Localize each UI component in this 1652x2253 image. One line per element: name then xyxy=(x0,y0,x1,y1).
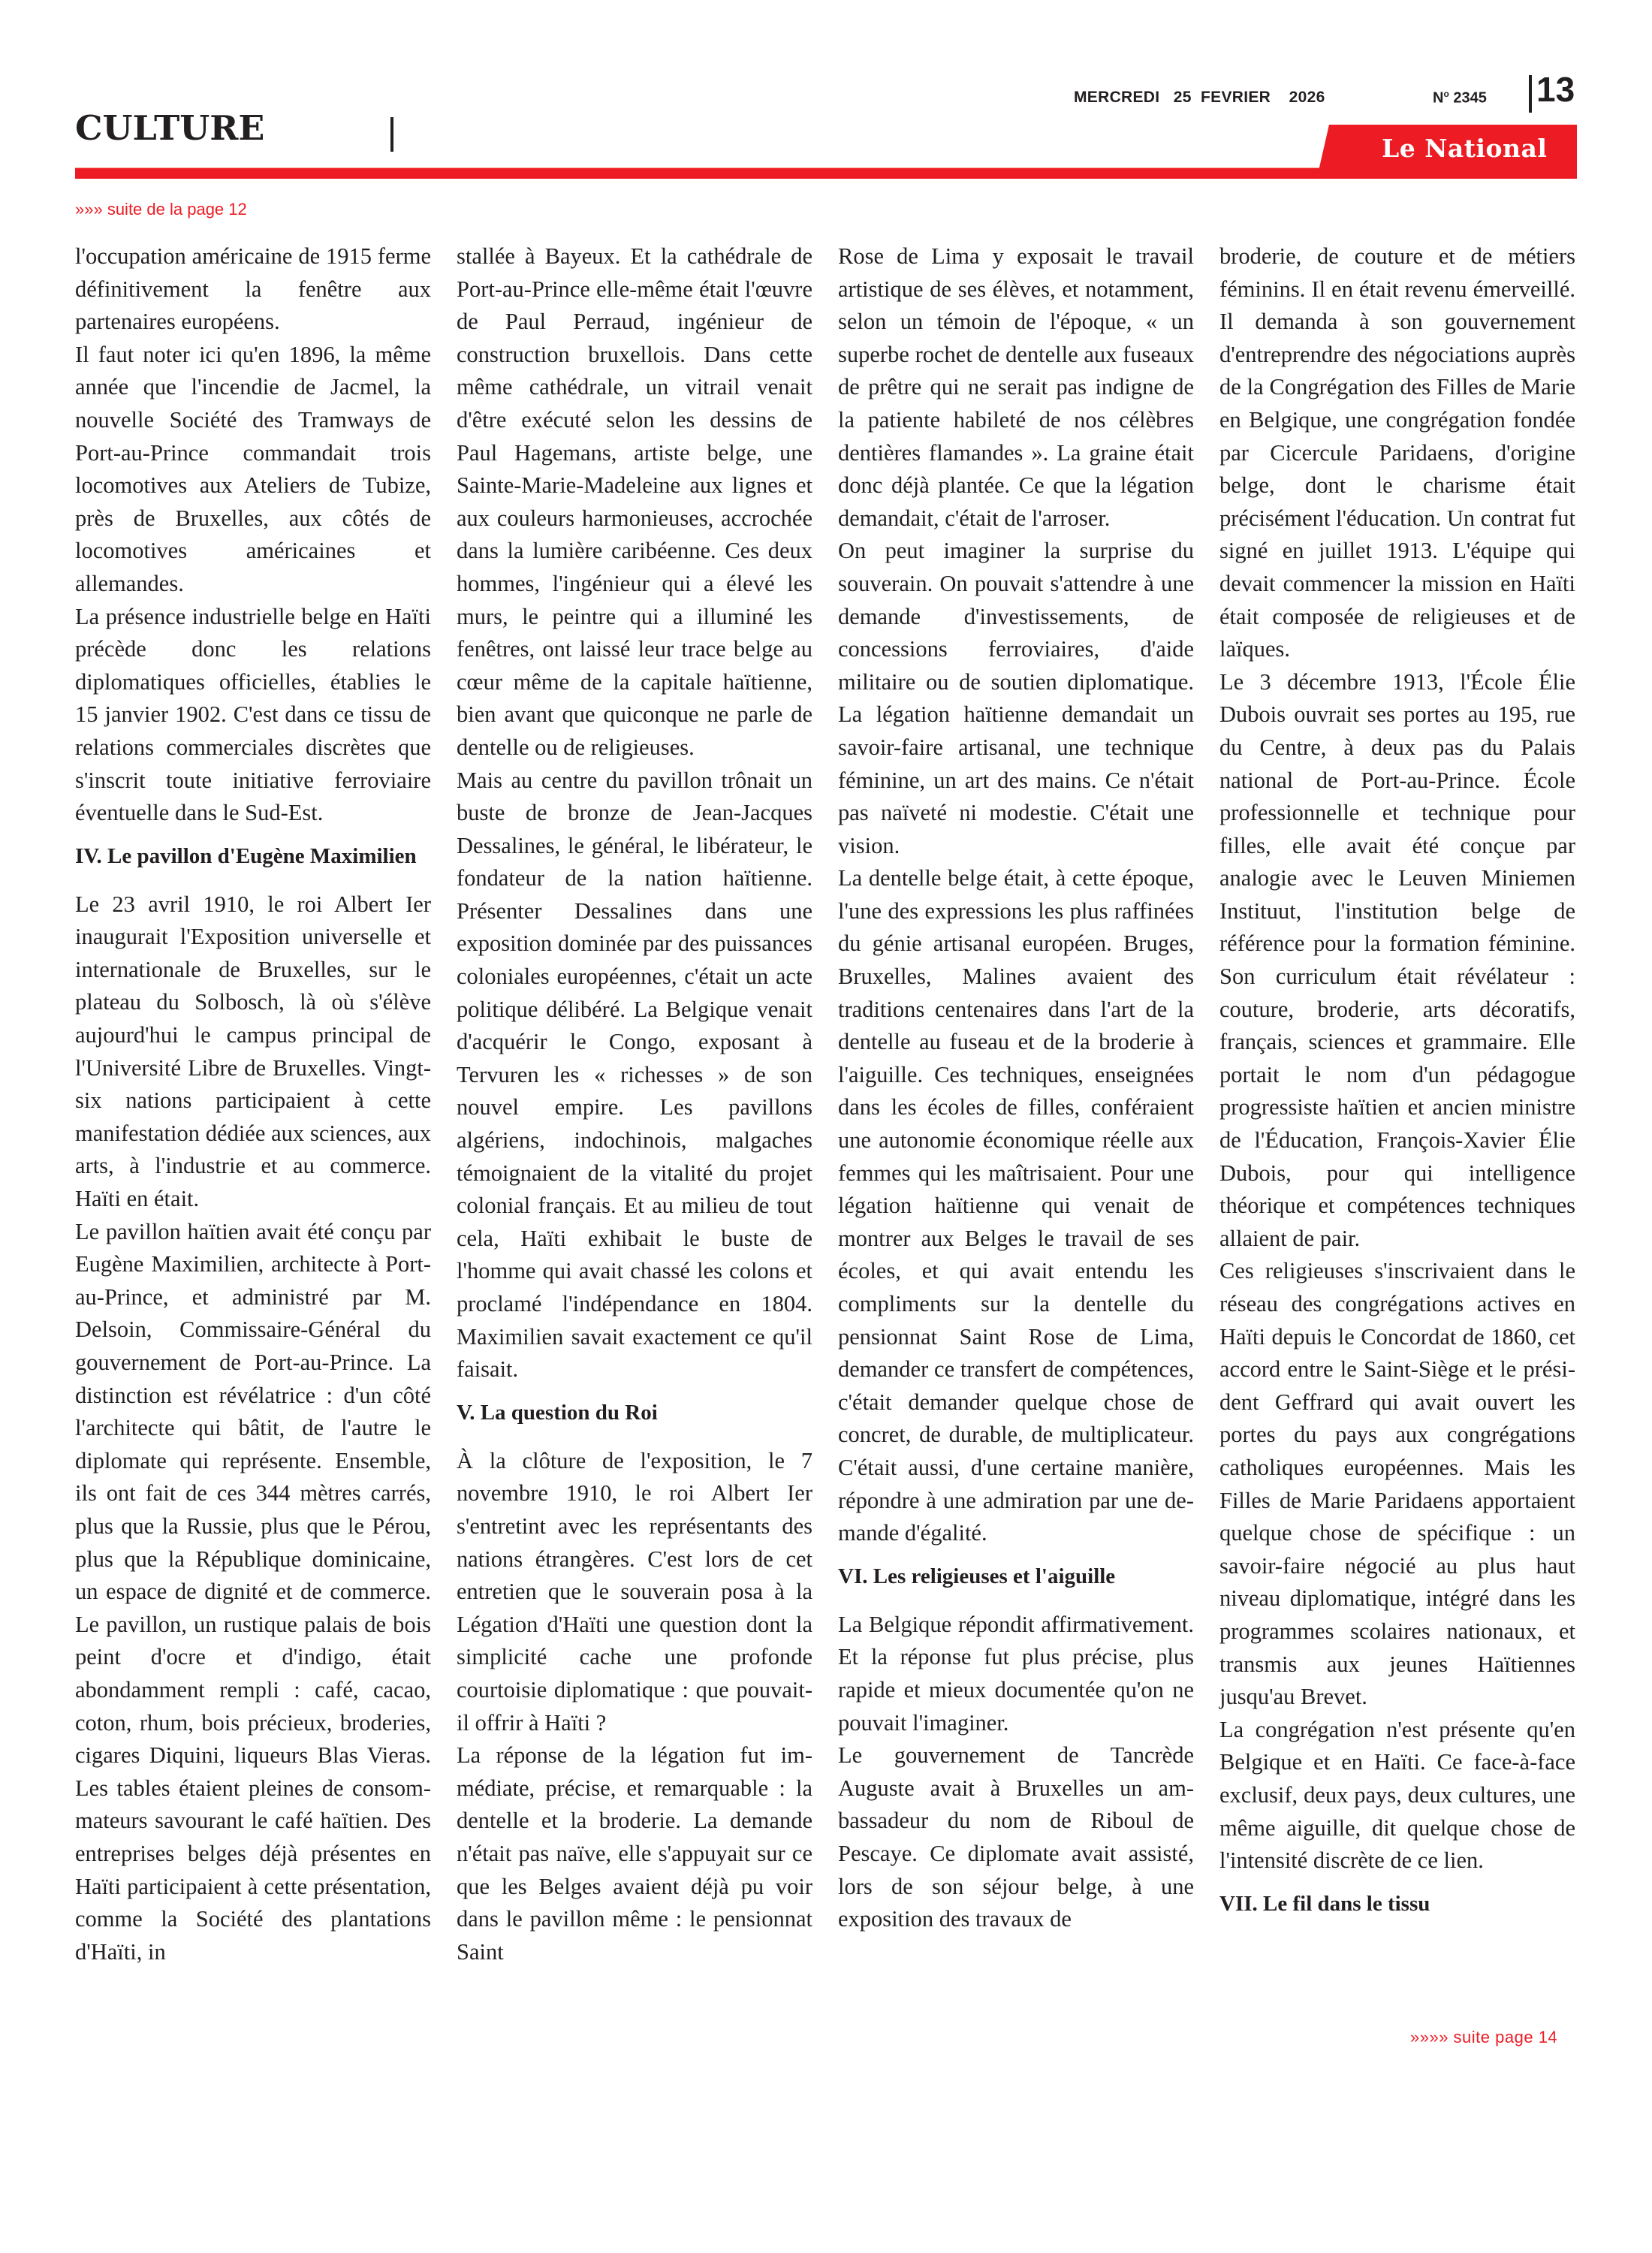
continued-to-link[interactable]: »»»» suite page 14 xyxy=(1410,2028,1557,2047)
article-column-4: broderie, de couture et de mé­tiers fémi… xyxy=(1219,240,1575,1936)
title-divider xyxy=(390,117,393,152)
issue-number: No 2345 xyxy=(1433,89,1487,107)
newspaper-logo: Le National xyxy=(1382,134,1547,163)
publication-date: MERCREDI 25 FEVRIER 2026 xyxy=(1074,89,1325,107)
paragraph: Le pavillon haïtien avait été conçu par … xyxy=(75,1216,431,1969)
paragraph: Le 3 décembre 1913, l'École Élie Dubois … xyxy=(1219,666,1575,1256)
page-header: CULTURE MERCREDI 25 FEVRIER 2026 No 2345… xyxy=(0,0,1652,195)
section-title: CULTURE xyxy=(75,111,264,145)
paragraph: La congrégation n'est présente qu'en Bel… xyxy=(1219,1714,1575,1877)
issue-superscript: o xyxy=(1443,89,1449,99)
section-heading: V. La question du Roi xyxy=(457,1400,812,1425)
paragraph: broderie, de couture et de mé­tiers fémi… xyxy=(1219,240,1575,666)
paragraph: La présence industrielle belge en Haïti … xyxy=(75,601,431,830)
section-heading: VII. Le fil dans le tissu xyxy=(1219,1891,1575,1917)
paragraph: À la clôture de l'exposition, le 7 novem… xyxy=(457,1445,812,1739)
article-column-1: l'occupation américaine de 1915 ferme dé… xyxy=(75,240,431,1968)
issue-value: 2345 xyxy=(1453,90,1487,107)
paragraph: l'occupation américaine de 1915 ferme dé… xyxy=(75,240,431,339)
continued-from-link[interactable]: »»» suite de la page 12 xyxy=(75,200,247,219)
paragraph: Ces religieuses s'inscrivaient dans le r… xyxy=(1219,1255,1575,1713)
page-number: 13 xyxy=(1536,72,1575,107)
paragraph: La réponse de la légation fut im­médiate… xyxy=(457,1739,812,1968)
article-column-3: Rose de Lima y exposait le tra­vail arti… xyxy=(838,240,1194,1936)
section-heading: VI. Les religieuses et l'aiguille xyxy=(838,1564,1194,1589)
paragraph: Le 23 avril 1910, le roi Albert Ier inau… xyxy=(75,888,431,1216)
page-number-divider xyxy=(1529,75,1532,113)
paragraph: Il faut noter ici qu'en 1896, la même an… xyxy=(75,339,431,601)
paragraph: Le gouvernement de Tancrède Auguste avai… xyxy=(838,1739,1194,1936)
paragraph: stallée à Bayeux. Et la cathédrale de Po… xyxy=(457,240,812,765)
article-body: l'occupation américaine de 1915 ferme dé… xyxy=(75,240,1577,2163)
paragraph: Rose de Lima y exposait le tra­vail arti… xyxy=(838,240,1194,535)
paragraph: On peut imaginer la surprise du souverai… xyxy=(838,535,1194,862)
paragraph: La dentelle belge était, à cette époque,… xyxy=(838,862,1194,1549)
article-column-2: stallée à Bayeux. Et la cathédrale de Po… xyxy=(457,240,812,1968)
section-heading: IV. Le pavillon d'Eugène Maximilien xyxy=(75,843,431,869)
issue-prefix: N xyxy=(1433,90,1443,107)
paragraph: Mais au centre du pavillon trônait un bu… xyxy=(457,765,812,1386)
paragraph: La Belgique répondit affirma­tivement. E… xyxy=(838,1609,1194,1739)
